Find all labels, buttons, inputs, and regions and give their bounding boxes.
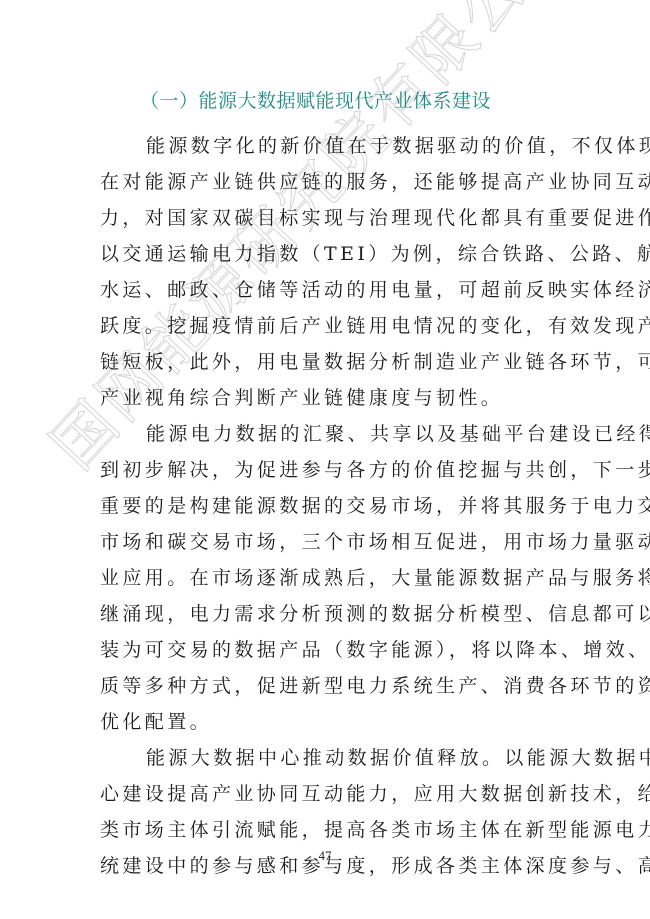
text-line: 能源大数据中心推动数据价值释放。以能源大数据中	[100, 740, 560, 776]
text-line: 链短板，此外，用电量数据分析制造业产业链各环节，可从	[100, 344, 560, 380]
text-line: 质等多种方式，促进新型电力系统生产、消费各环节的资源	[100, 668, 560, 704]
text-line: 到初步解决，为促进参与各方的价值挖掘与共创，下一步更	[100, 452, 560, 488]
text-line: 心建设提高产业协同互动能力，应用大数据创新技术，给各	[100, 776, 560, 812]
paragraph-1: 能源数字化的新价值在于数据驱动的价值，不仅体现 在对能源产业链供应链的服务，还能…	[100, 128, 560, 416]
text-line: 在对能源产业链供应链的服务，还能够提高产业协同互动能	[100, 164, 560, 200]
text-line: 能源数字化的新价值在于数据驱动的价值，不仅体现	[100, 128, 560, 164]
text-line: 市场和碳交易市场，三个市场相互促进，用市场力量驱动商	[100, 524, 560, 560]
text-line: 继涌现，电力需求分析预测的数据分析模型、信息都可以封	[100, 596, 560, 632]
document-page: 国网能源研究院有限公司 （一）能源大数据赋能现代产业体系建设 能源数字化的新价值…	[0, 0, 650, 919]
text-line: 重要的是构建能源数据的交易市场，并将其服务于电力交易	[100, 488, 560, 524]
text-line: 以交通运输电力指数（TEI）为例，综合铁路、公路、航空、	[100, 236, 560, 272]
text-line: 产业视角综合判断产业链健康度与韧性。	[100, 380, 560, 416]
text-line: 优化配置。	[100, 704, 560, 740]
page-number: 47	[0, 848, 650, 864]
paragraph-2: 能源电力数据的汇聚、共享以及基础平台建设已经得 到初步解决，为促进参与各方的价值…	[100, 416, 560, 740]
body-text: 能源数字化的新价值在于数据驱动的价值，不仅体现 在对能源产业链供应链的服务，还能…	[100, 128, 560, 884]
text-line: 水运、邮政、仓储等活动的用电量，可超前反映实体经济活	[100, 272, 560, 308]
text-line: 跃度。挖掘疫情前后产业链用电情况的变化，有效发现产业	[100, 308, 560, 344]
text-line: 业应用。在市场逐渐成熟后，大量能源数据产品与服务将相	[100, 560, 560, 596]
text-line: 能源电力数据的汇聚、共享以及基础平台建设已经得	[100, 416, 560, 452]
text-line: 装为可交易的数据产品（数字能源），将以降本、增效、提	[100, 632, 560, 668]
text-line: 力，对国家双碳目标实现与治理现代化都具有重要促进作用。	[100, 200, 560, 236]
section-heading: （一）能源大数据赋能现代产业体系建设	[140, 86, 491, 113]
text-line: 类市场主体引流赋能，提高各类市场主体在新型能源电力系	[100, 812, 560, 848]
